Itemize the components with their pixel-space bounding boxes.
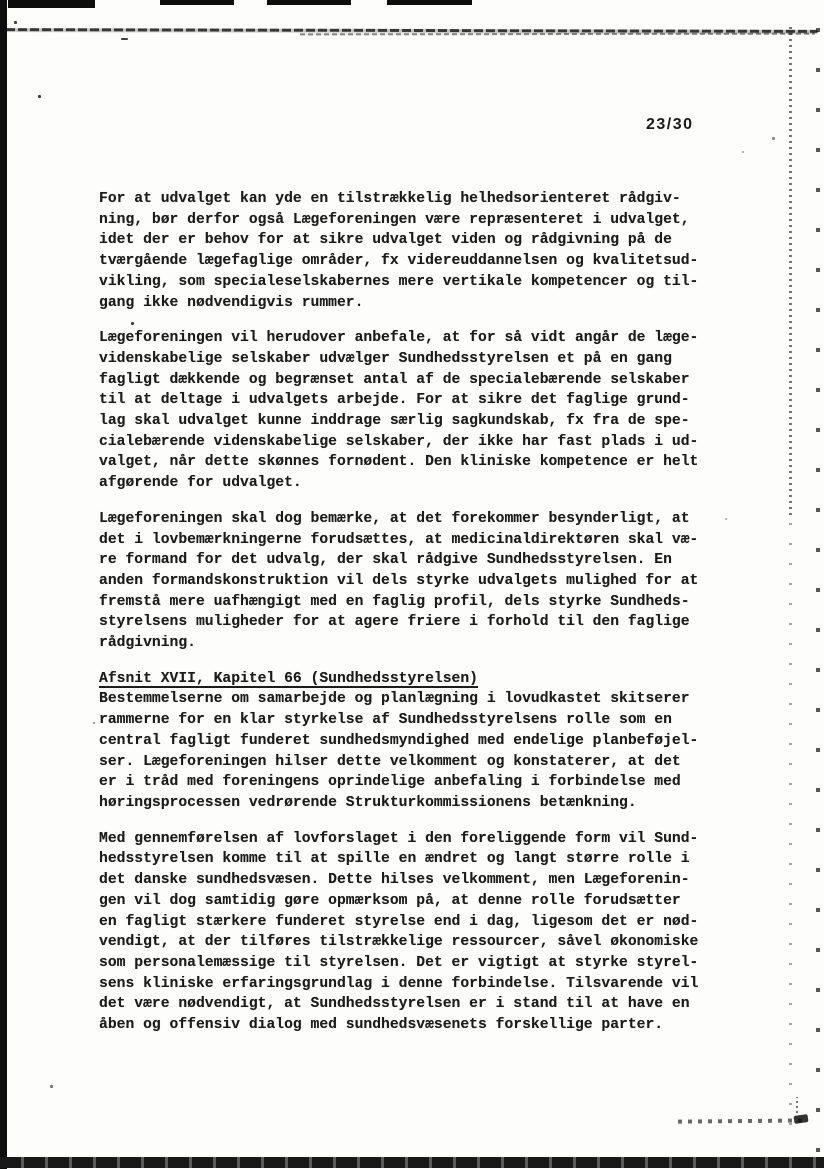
scan-speck	[742, 151, 744, 153]
paragraph: Lægeforeningen skal dog bemærke, at det …	[99, 509, 739, 654]
paragraph: Med gennemførelsen af lovforslaget i den…	[99, 829, 739, 1036]
page-number: 23/30	[646, 116, 694, 134]
paragraph: Lægeforeningen vil herudover anbefale, a…	[99, 328, 739, 494]
scan-speck	[50, 1085, 53, 1088]
document-body: For at udvalget kan yde en tilstrækkelig…	[99, 189, 739, 1051]
scanned-document-page: 23/30 For at udvalget kan yde en tilstræ…	[0, 0, 824, 1169]
scan-edge-right-ticks	[816, 12, 820, 1152]
scan-speck	[772, 137, 775, 140]
scan-edge-right-dots	[789, 25, 792, 515]
scan-line-artifact	[300, 33, 815, 36]
scan-smudge	[794, 1114, 809, 1124]
scan-edge-top-segment	[160, 0, 234, 5]
paragraph: For at udvalget kan yde en tilstrækkelig…	[99, 189, 739, 313]
scan-dotted-mark	[796, 1097, 798, 1113]
scan-speck	[93, 722, 95, 724]
section-heading: Afsnit XVII, Kapitel 66 (Sundhedsstyrels…	[99, 669, 739, 690]
scan-speck	[121, 38, 128, 40]
scan-edge-bottom-bar	[0, 1157, 824, 1168]
scan-edge-top-segment	[267, 0, 351, 5]
paragraph: Bestemmelserne om samarbejde og planlægn…	[99, 689, 739, 813]
scan-edge-left-bar	[0, 0, 7, 1169]
scan-edge-top-segment	[8, 0, 95, 8]
scan-edge-right-dots	[789, 515, 792, 1125]
scan-speck	[14, 21, 17, 24]
scan-edge-top-segment	[387, 0, 472, 5]
scan-speck	[38, 95, 41, 98]
